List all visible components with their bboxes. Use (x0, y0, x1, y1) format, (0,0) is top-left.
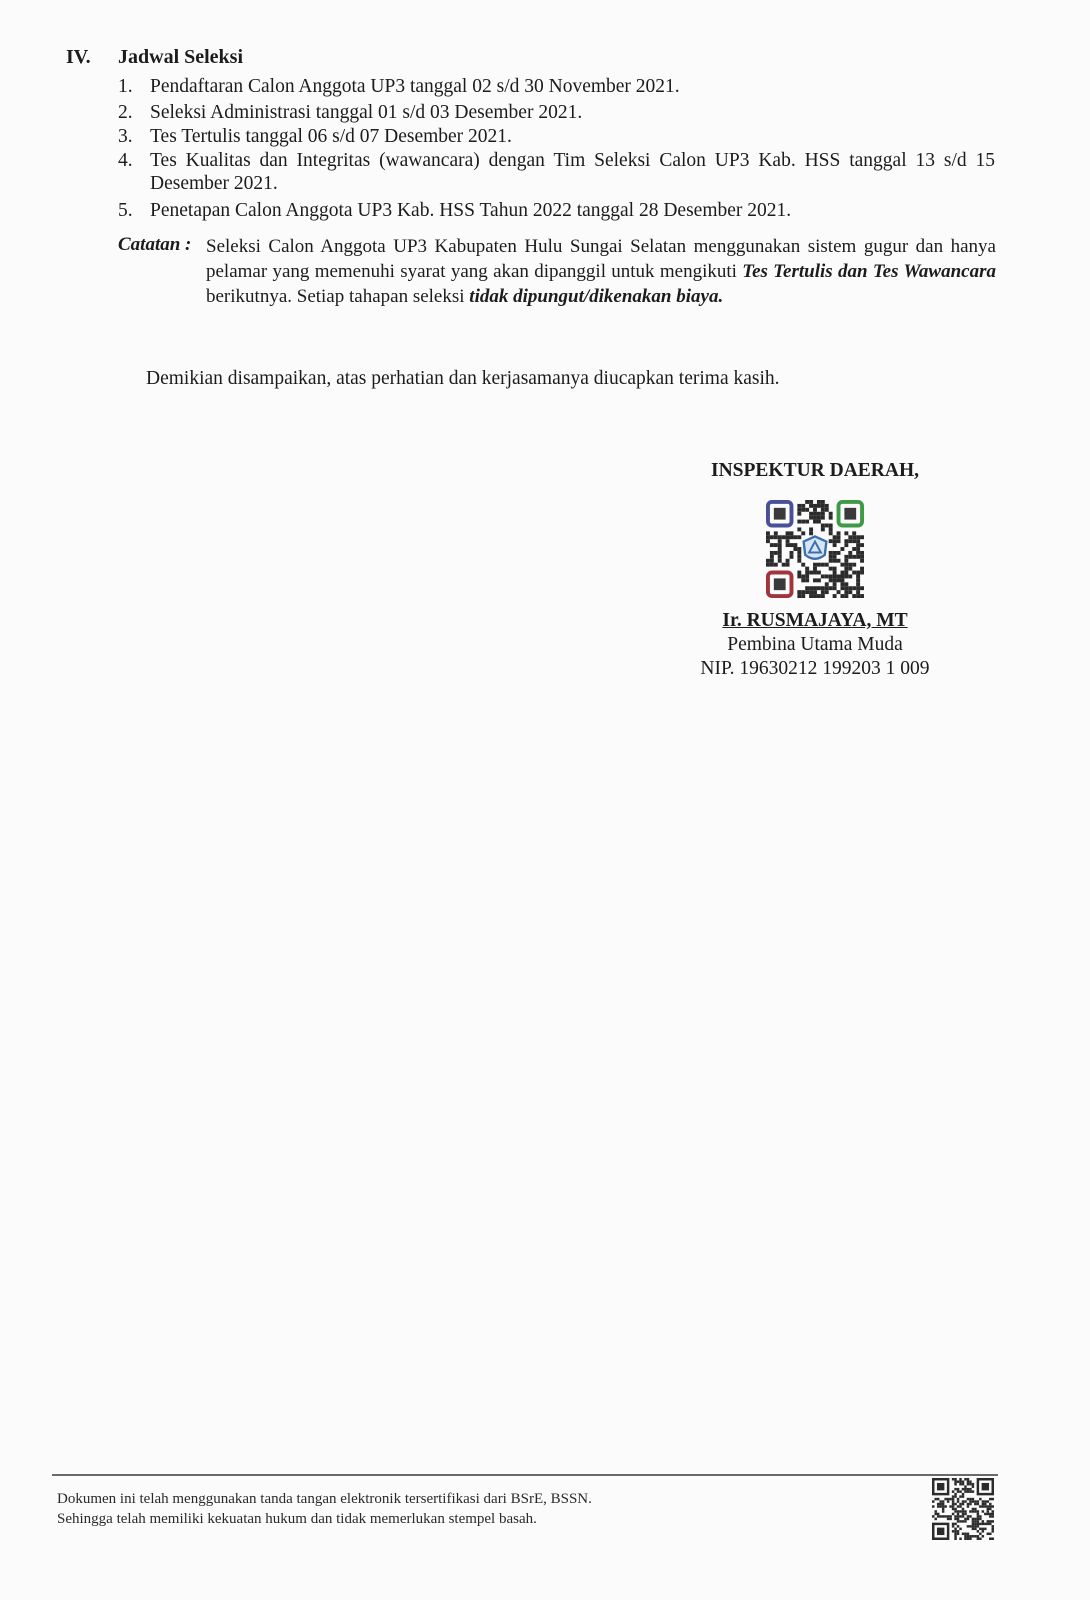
note-emphasis-free: tidak dipungut/dikenakan biaya. (469, 286, 723, 307)
item-number: 1. (118, 75, 133, 98)
signature-block: INSPEKTUR DAERAH, Ir. RUSMAJAYA, MT Pemb… (660, 460, 970, 680)
footer-qr-icon (932, 1478, 994, 1540)
item-text: Tes Kualitas dan Integritas (wawancara) … (150, 149, 995, 195)
item-text: Pendaftaran Calon Anggota UP3 tanggal 02… (150, 75, 995, 98)
footer-text: Dokumen ini telah menggunakan tanda tang… (57, 1489, 592, 1529)
note-emphasis-tests: Tes Tertulis dan Tes Wawancara (742, 261, 996, 282)
item-text: Seleksi Administrasi tanggal 01 s/d 03 D… (150, 101, 995, 124)
note-label: Catatan : (118, 234, 191, 256)
item-number: 5. (118, 199, 133, 222)
footer-line-1: Dokumen ini telah menggunakan tanda tang… (57, 1489, 592, 1509)
note-text: Seleksi Calon Anggota UP3 Kabupaten Hulu… (206, 234, 996, 309)
signature-qr-icon (766, 500, 864, 598)
footer-divider (52, 1474, 998, 1476)
item-number: 3. (118, 125, 133, 148)
item-text: Tes Tertulis tanggal 06 s/d 07 Desember … (150, 125, 995, 148)
item-number: 2. (118, 101, 133, 124)
signatory-nip: NIP. 19630212 199203 1 009 (660, 658, 970, 680)
closing-text: Demikian disampaikan, atas perhatian dan… (146, 368, 780, 390)
section-title: Jadwal Seleksi (118, 46, 243, 69)
note-part2: berikutnya. Setiap tahapan seleksi (206, 286, 465, 307)
item-text: Penetapan Calon Anggota UP3 Kab. HSS Tah… (150, 199, 995, 222)
footer-line-2: Sehingga telah memiliki kekuatan hukum d… (57, 1509, 592, 1529)
item-number: 4. (118, 149, 133, 172)
section-number: IV. (66, 46, 91, 69)
signatory-rank: Pembina Utama Muda (660, 634, 970, 656)
signature-title: INSPEKTUR DAERAH, (660, 460, 970, 482)
signatory-name: Ir. RUSMAJAYA, MT (660, 610, 970, 632)
